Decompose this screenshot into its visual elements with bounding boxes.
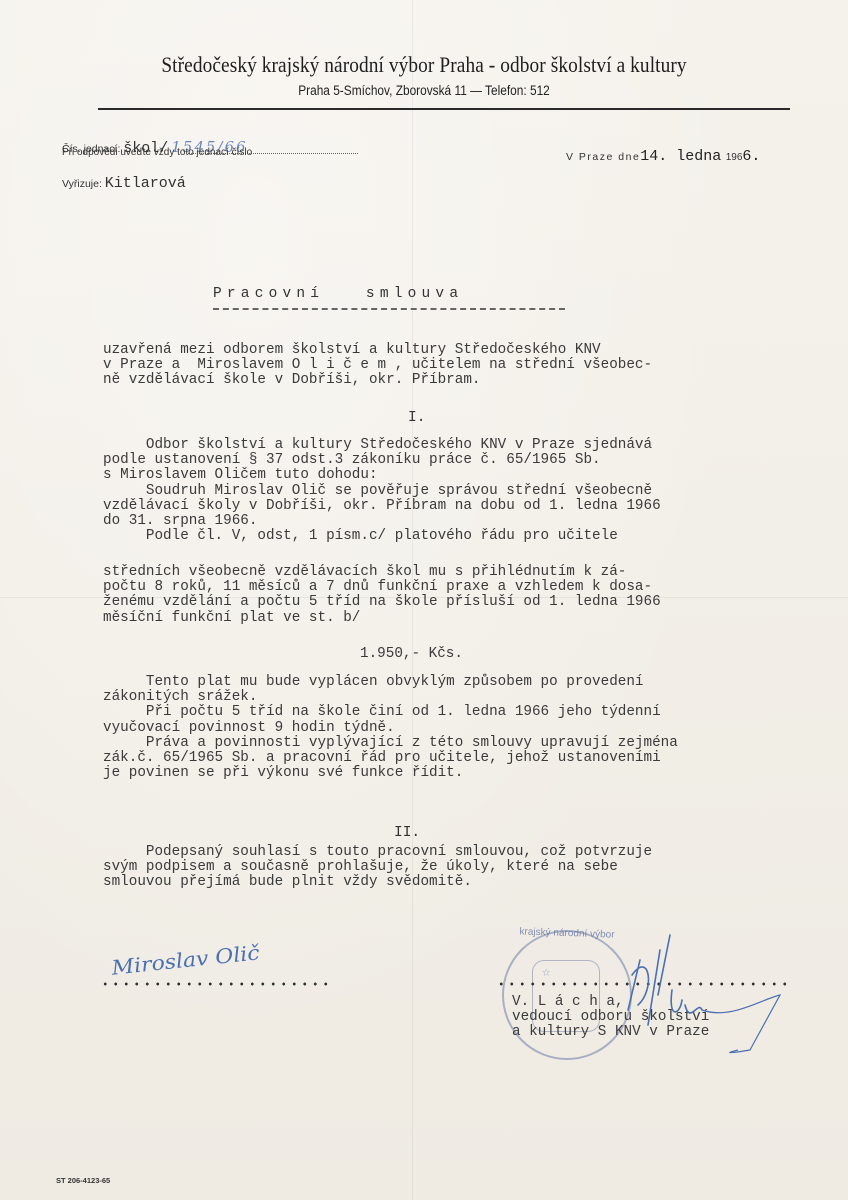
document-title-underline [213, 308, 565, 310]
reference-hint: Při odpovědi uveďte vždy toto jednací čí… [62, 147, 252, 158]
contract-intro: uzavřená mezi odborem školství a kultury… [103, 343, 652, 389]
section-1-paragraph-2: středních všeobecně vzdělávacích škol mu… [103, 565, 661, 626]
director-signature-icon [610, 930, 790, 1060]
employee-signature-line [100, 982, 328, 986]
document-page: Středočeský krajský národní výbor Praha … [0, 0, 848, 1200]
handled-by-label: Vyřizuje: [62, 178, 102, 190]
letterhead-address: Praha 5-Smíchov, Zborovská 11 — Telefon:… [51, 83, 797, 98]
salary-amount: 1.950,- Kčs. [360, 647, 463, 662]
date-value: 14. ledna [640, 148, 721, 165]
date-label: V Praze dne [566, 151, 640, 163]
letterhead-title: Středočeský krajský národní výbor Praha … [59, 52, 788, 78]
form-code: ST 206-4123-65 [56, 1176, 110, 1185]
star-icon: ☆ [542, 964, 550, 981]
year-prefix: 196 [726, 152, 743, 163]
section-2-paragraph: Podepsaný souhlasí s touto pracovní smlo… [103, 845, 652, 891]
document-title: Pracovní smlouva [213, 287, 463, 302]
section-1-heading: I. [408, 410, 425, 426]
date-line: V Praze dne14. ledna 1966. [566, 148, 760, 165]
section-2-heading: II. [394, 825, 420, 841]
section-1-paragraph-1: Odbor školství a kultury Středočeského K… [103, 438, 661, 544]
section-1-paragraph-3: Tento plat mu bude vyplácen obvyklým způ… [103, 675, 678, 781]
employee-signature: Miroslav Olič [110, 940, 260, 979]
handled-by-name: Kitlarová [105, 175, 186, 192]
letterhead-rule [98, 108, 790, 110]
handled-by: Vyřizuje: Kitlarová [62, 175, 186, 192]
year-suffix: 6. [742, 148, 760, 165]
